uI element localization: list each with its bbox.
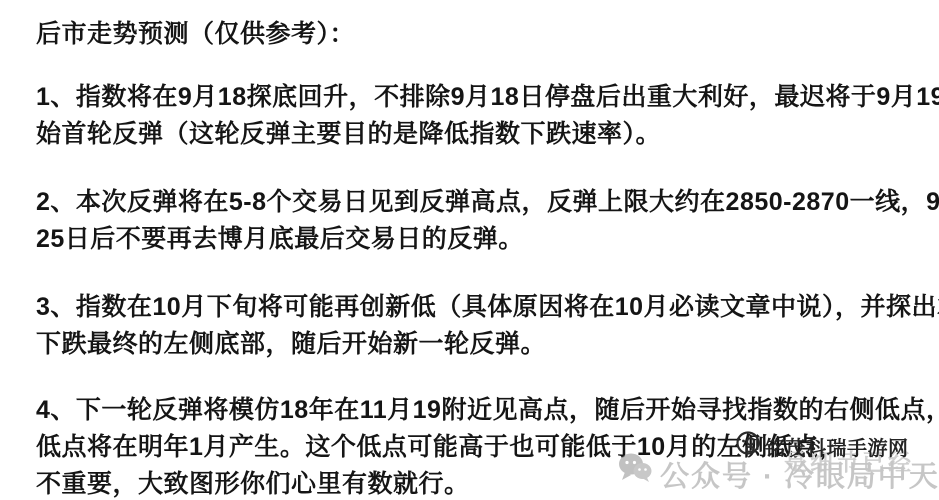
article-page: { "page": { "background": "#ffffff", "te… [0,0,939,500]
paragraph-3-line-2: 下跌最终的左侧底部，随后开始新一轮反弹。 [36,326,939,363]
paragraph-4-line-2: 低点将在明年1月产生。这个低点可能高于也可能低于10月的左侧低点， [36,429,939,466]
paragraph-1-line-1: 1、指数将在9月18探底回升，不排除9月18日停盘后出重大利好，最迟将于9月19… [36,79,939,116]
paragraph-3-line-1: 3、指数在10月下旬将可能再创新低（具体原因将在10月必读文章中说），并探出本轮 [36,289,939,326]
paragraph-2-line-2: 25日后不要再去博月底最后交易日的反弹。 [36,221,939,258]
paragraph-2-line-1: 2、本次反弹将在5-8个交易日见到反弹高点，反弹上限大约在2850-2870一线… [36,184,939,221]
paragraph-1-line-2: 始首轮反弹（这轮反弹主要目的是降低指数下跌速率）。 [36,116,939,153]
paragraph-3: 3、指数在10月下旬将可能再创新低（具体原因将在10月必读文章中说），并探出本轮… [36,289,939,363]
paragraph-1: 1、指数将在9月18探底回升，不排除9月18日停盘后出重大利好，最迟将于9月19… [36,79,939,153]
paragraph-4-line-1: 4、下一轮反弹将模仿18年在11月19附近见高点，随后开始寻找指数的右侧低点，右… [36,392,939,429]
paragraph-4-line-3: 不重要，大致图形你们心里有数就行。 [36,466,939,500]
paragraph-2: 2、本次反弹将在5-8个交易日见到反弹高点，反弹上限大约在2850-2870一线… [36,184,939,258]
page-title: 后市走势预测（仅供参考）： [36,16,355,53]
paragraph-4: 4、下一轮反弹将模仿18年在11月19附近见高点，随后开始寻找指数的右侧低点，右… [36,392,939,500]
